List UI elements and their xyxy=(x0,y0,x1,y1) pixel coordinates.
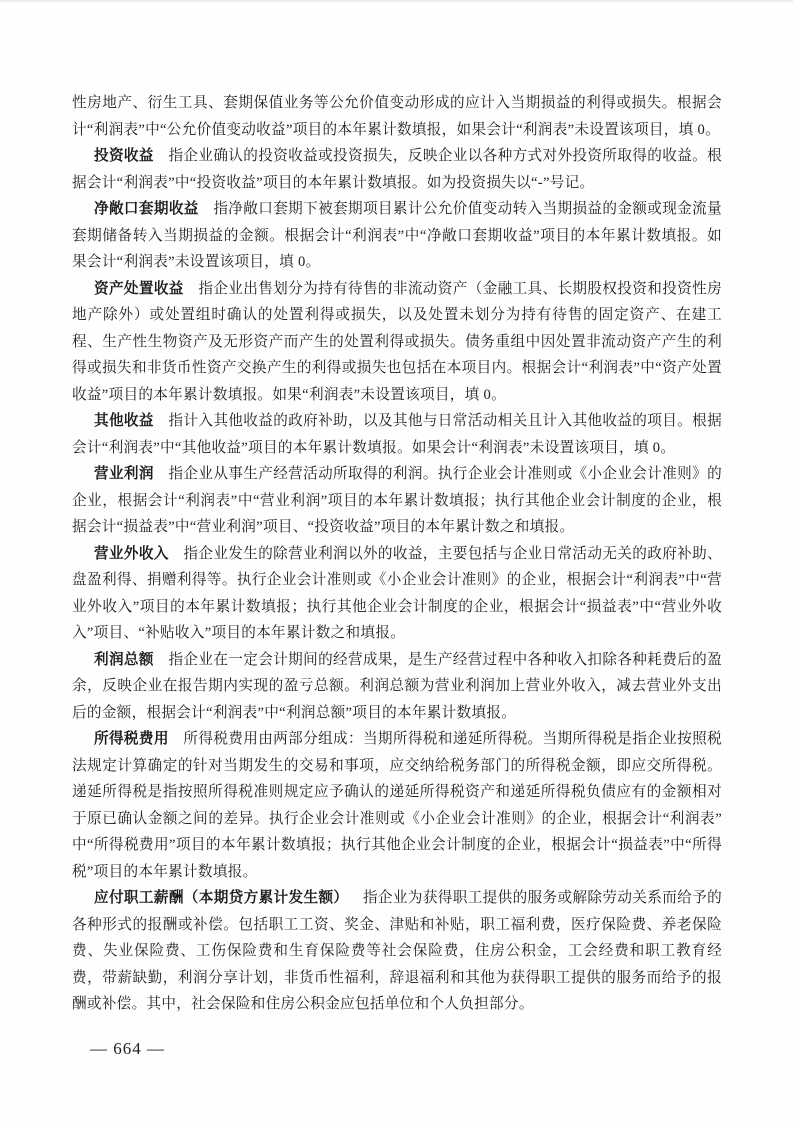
definition-text: 指企业为获得职工提供的服务或解除劳动关系而给予的各种形式的报酬或补偿。包括职工工… xyxy=(72,890,722,1012)
definition-paragraph: 营业外收入指企业发生的除营业利润以外的收益，主要包括与企业日常活动无关的政府补助… xyxy=(72,541,722,647)
definition-term: 营业利润 xyxy=(94,466,154,482)
definition-paragraph: 资产处置收益指企业出售划分为持有待售的非流动资产（金融工具、长期股权投资和投资性… xyxy=(72,276,722,409)
definitions-text-block: 性房地产、衍生工具、套期保值业务等公允价值变动形成的应计入当期损益的利得或损失。… xyxy=(72,90,722,1018)
definition-term: 其他收益 xyxy=(94,413,154,429)
definition-paragraph: 净敞口套期收益指净敞口套期下被套期项目累计公允价值变动转入当期损益的金额或现金流… xyxy=(72,196,722,276)
definition-term: 应付职工薪酬（本期贷方累计发生额） xyxy=(94,890,348,906)
definition-text: 指企业出售划分为持有待售的非流动资产（金融工具、长期股权投资和投资性房地产除外）… xyxy=(72,281,722,403)
definition-text: 指企业发生的除营业利润以外的收益，主要包括与企业日常活动无关的政府补助、盘盈利得… xyxy=(72,546,722,642)
definition-term: 资产处置收益 xyxy=(94,281,184,297)
definition-text: 指企业确认的投资收益或投资损失，反映企业以各种方式对外投资所取得的收益。根据会计… xyxy=(72,148,722,191)
definition-term: 所得税费用 xyxy=(94,731,169,747)
definition-paragraph: 投资收益指企业确认的投资收益或投资损失，反映企业以各种方式对外投资所取得的收益。… xyxy=(72,143,722,196)
definition-text: 指企业从事生产经营活动所取得的利润。执行企业会计准则或《小企业会计准则》的企业，… xyxy=(72,466,722,535)
page-number: — 664 — xyxy=(90,1039,165,1059)
definition-paragraph: 所得税费用所得税费用由两部分组成：当期所得税和递延所得税。当期所得税是指企业按照… xyxy=(72,726,722,885)
definition-term: 营业外收入 xyxy=(94,546,169,562)
document-page: 性房地产、衍生工具、套期保值业务等公允价值变动形成的应计入当期损益的利得或损失。… xyxy=(0,0,793,1122)
definition-term: 净敞口套期收益 xyxy=(94,201,199,217)
definition-paragraph: 其他收益指计入其他收益的政府补助，以及其他与日常活动相关且计入其他收益的项目。根… xyxy=(72,408,722,461)
definition-text: 指企业在一定会计期间的经营成果，是生产经营过程中各种收入扣除各种耗费后的盈余，反… xyxy=(72,652,722,721)
definition-paragraph: 利润总额指企业在一定会计期间的经营成果，是生产经营过程中各种收入扣除各种耗费后的… xyxy=(72,647,722,727)
definition-text: 指计入其他收益的政府补助，以及其他与日常活动相关且计入其他收益的项目。根据会计“… xyxy=(72,413,722,456)
definition-paragraph: 性房地产、衍生工具、套期保值业务等公允价值变动形成的应计入当期损益的利得或损失。… xyxy=(72,90,722,143)
scan-edge-line xyxy=(0,0,793,2)
definition-term: 利润总额 xyxy=(94,652,154,668)
definition-paragraph: 营业利润指企业从事生产经营活动所取得的利润。执行企业会计准则或《小企业会计准则》… xyxy=(72,461,722,541)
definition-paragraph: 应付职工薪酬（本期贷方累计发生额）指企业为获得职工提供的服务或解除劳动关系而给予… xyxy=(72,885,722,1018)
definition-term: 投资收益 xyxy=(94,148,154,164)
definition-text: 性房地产、衍生工具、套期保值业务等公允价值变动形成的应计入当期损益的利得或损失。… xyxy=(72,95,722,138)
definition-text: 所得税费用由两部分组成：当期所得税和递延所得税。当期所得税是指企业按照税法规定计… xyxy=(72,731,722,880)
